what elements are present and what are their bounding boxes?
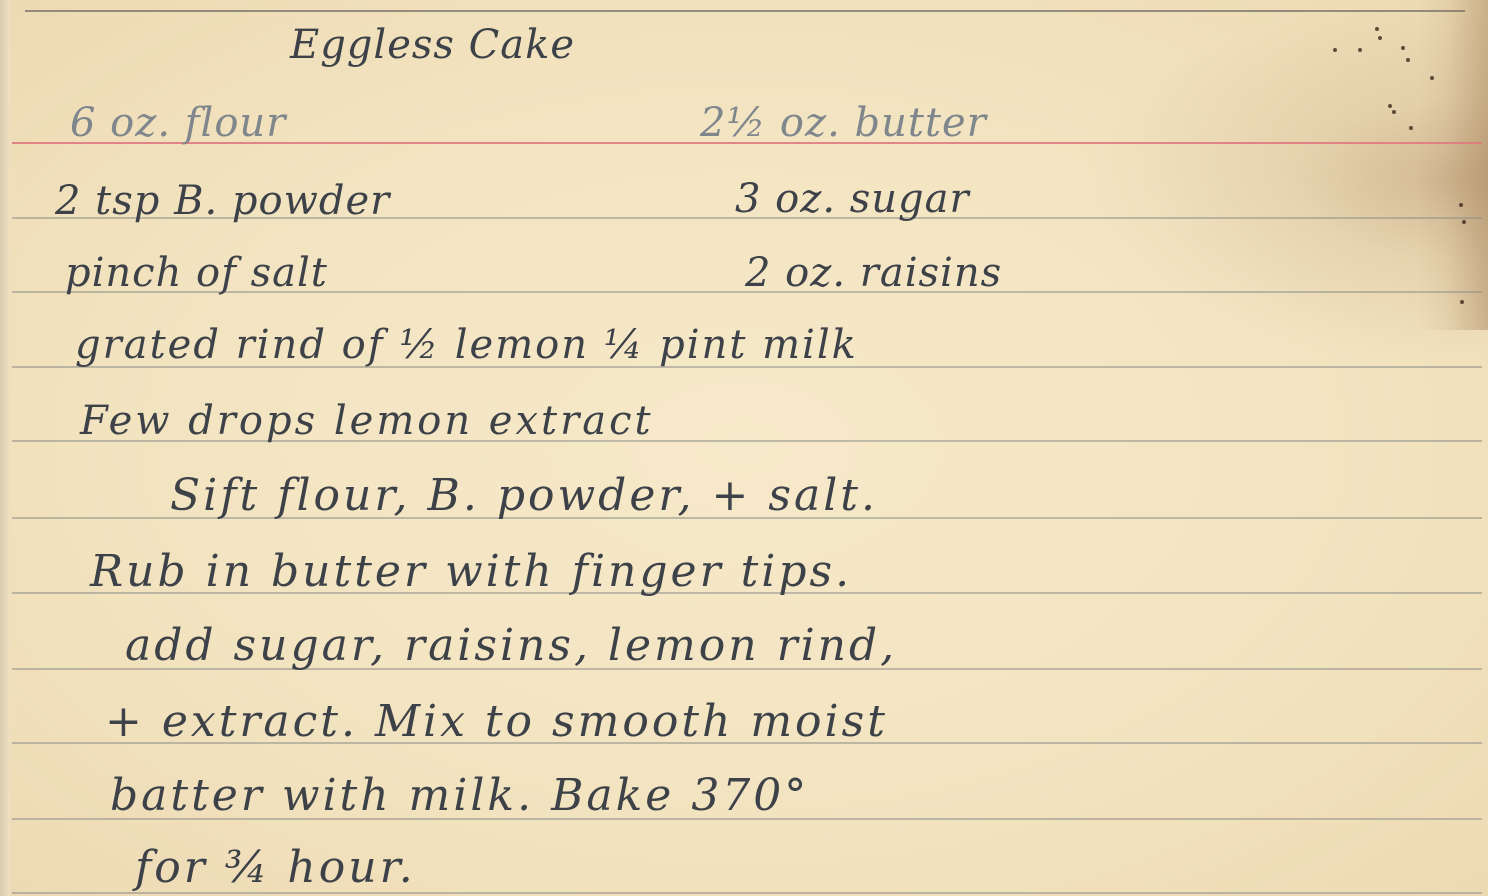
method-line: Sift flour, B. powder, + salt. bbox=[170, 470, 878, 521]
ingredient-salt: pinch of salt bbox=[65, 250, 328, 296]
method-line: Rub in butter with finger tips. bbox=[90, 546, 852, 597]
speck bbox=[1401, 46, 1405, 50]
speck bbox=[1406, 58, 1410, 62]
ingredient-butter: 2½ oz. butter bbox=[700, 100, 987, 146]
ingredient-flour: 6 oz. flour bbox=[70, 100, 286, 146]
card-top-edge bbox=[25, 10, 1465, 12]
speck bbox=[1409, 126, 1413, 130]
scan-edge bbox=[0, 0, 10, 896]
speck bbox=[1460, 300, 1464, 304]
speck bbox=[1388, 104, 1392, 108]
speck bbox=[1378, 36, 1382, 40]
method-line: + extract. Mix to smooth moist bbox=[105, 696, 888, 747]
ingredient-raisins: 2 oz. raisins bbox=[745, 250, 1002, 296]
speck bbox=[1392, 110, 1396, 114]
speck bbox=[1333, 48, 1337, 52]
recipe-card: Eggless Cake 6 oz. flour 2 tsp B. powder… bbox=[0, 0, 1488, 896]
speck bbox=[1358, 48, 1362, 52]
speck bbox=[1459, 203, 1463, 207]
speck bbox=[1375, 27, 1379, 31]
speck bbox=[1462, 220, 1466, 224]
ingredient-sugar: 3 oz. sugar bbox=[735, 176, 970, 222]
speck bbox=[1430, 76, 1434, 80]
method-line: batter with milk. Bake 370° bbox=[110, 770, 809, 821]
method-line: for ¾ hour. bbox=[135, 842, 416, 893]
age-stain bbox=[1418, 0, 1488, 330]
recipe-title: Eggless Cake bbox=[290, 22, 575, 68]
ingredient-baking-powder: 2 tsp B. powder bbox=[55, 178, 390, 224]
method-line: add sugar, raisins, lemon rind, bbox=[125, 620, 897, 671]
ingredient-rind-and-milk: grated rind of ½ lemon ¼ pint milk bbox=[75, 322, 858, 368]
ingredient-lemon-extract: Few drops lemon extract bbox=[80, 398, 654, 444]
